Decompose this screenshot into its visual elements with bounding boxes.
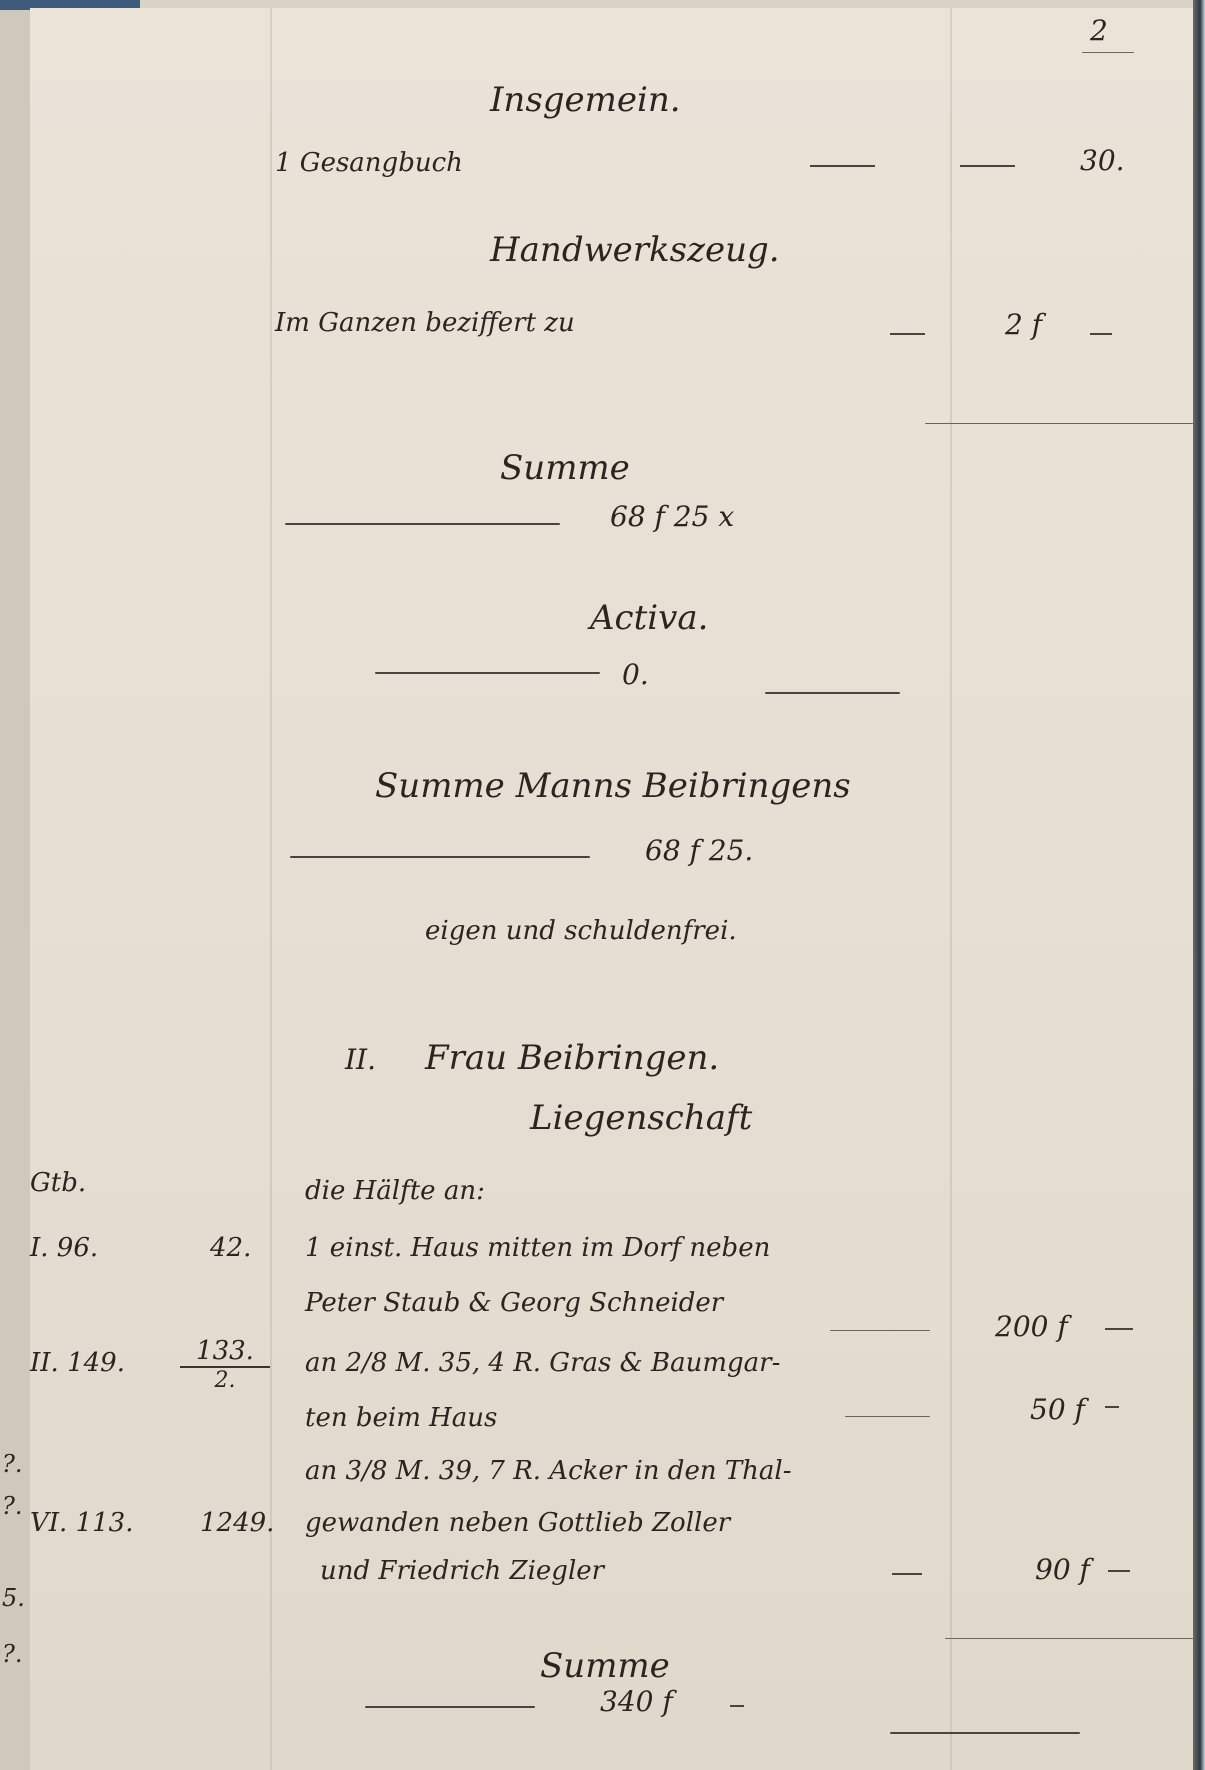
table-intro: die Hälfte an:: [305, 1176, 485, 1206]
leader-dash: [810, 165, 875, 167]
flourish-rule: [375, 672, 600, 674]
section-heading-handwerkszeug: Handwerkszeug.: [490, 230, 780, 270]
section-heading-insgemein: Insgemein.: [490, 80, 681, 120]
row-ref: II. 149.: [30, 1348, 125, 1378]
margin-fragment: ?.: [2, 1492, 23, 1520]
margin-fragment: 5.: [2, 1584, 25, 1612]
summe-manns-note: eigen und schuldenfrei.: [425, 916, 737, 946]
flourish-rule: [285, 523, 560, 525]
fraction-numerator: 133.: [180, 1336, 270, 1368]
item-label-handwerkszeug: Im Ganzen beziffert zu: [275, 308, 575, 338]
row-line: Peter Staub & Georg Schneider: [305, 1288, 723, 1318]
margin-fragment: ?.: [2, 1640, 23, 1668]
row-line: 1 einst. Haus mitten im Dorf neben: [305, 1233, 770, 1263]
row-parcel: 42.: [210, 1233, 251, 1263]
flourish-rule: [290, 856, 590, 858]
summe-manns-value: 68 f 25.: [645, 834, 753, 867]
row-line: ten beim Haus: [305, 1403, 497, 1433]
trailing-dash: [1090, 333, 1112, 335]
margin-fragment: ?.: [2, 1450, 23, 1478]
row-ref: VI. 113.: [30, 1508, 133, 1538]
summe-label: Summe: [500, 448, 630, 488]
subheading-liegenschaft: Liegenschaft: [530, 1098, 752, 1138]
flourish-rule: [765, 692, 900, 694]
item-label-gesangbuch: 1 Gesangbuch: [275, 148, 463, 178]
row-line: an 3/8 M. 39, 7 R. Acker in den Thal-: [305, 1456, 792, 1486]
row-ref: I. 96.: [30, 1233, 98, 1263]
underlying-page-edge: ?. ?. 5. ?.: [0, 0, 31, 1770]
fold-line: [270, 8, 272, 1770]
item-value-gesangbuch: 30.: [1080, 144, 1125, 177]
trailing-dash: [1105, 1328, 1133, 1330]
document-page: 2 Insgemein. 1 Gesangbuch 30. Handwerksz…: [30, 8, 1193, 1770]
row-amount: 50 f: [1030, 1393, 1085, 1426]
flourish-rule: [365, 1706, 535, 1708]
page-number: 2: [1090, 14, 1108, 47]
section-heading-frau: Frau Beibringen.: [425, 1038, 719, 1078]
leader-dash: [890, 333, 925, 335]
leader-rule: [830, 1330, 930, 1331]
activa-value: 0.: [622, 658, 649, 691]
total-label: Summe: [540, 1646, 670, 1686]
row-line: an 2/8 M. 35, 4 R. Gras & Baumgar-: [305, 1348, 780, 1378]
leader-dash: [892, 1573, 922, 1575]
leader-rule: [845, 1416, 930, 1417]
trailing-dash: [730, 1705, 744, 1707]
row-parcel-fraction: 133. 2.: [180, 1336, 270, 1393]
row-amount: 200 f: [995, 1310, 1068, 1343]
trailing-dash: [1105, 1406, 1119, 1408]
fold-line: [950, 8, 952, 1770]
summe-manns-label: Summe Manns Beibringens: [375, 766, 851, 806]
row-amount: 90 f: [1035, 1553, 1090, 1586]
leader-dash: [960, 165, 1015, 167]
row-line: gewanden neben Gottlieb Zoller: [305, 1508, 730, 1538]
item-value-handwerkszeug: 2 f: [1005, 308, 1042, 341]
book-cover-right: [1193, 0, 1205, 1770]
row-line: und Friedrich Ziegler: [320, 1556, 604, 1586]
trailing-dash: [1108, 1570, 1130, 1572]
sum-rule: [945, 1638, 1193, 1639]
row-parcel: 1249.: [200, 1508, 274, 1538]
total-value: 340 f: [600, 1685, 673, 1718]
sum-rule: [925, 423, 1193, 424]
section-heading-activa: Activa.: [590, 598, 708, 638]
column-header-gtb: Gtb.: [30, 1168, 86, 1198]
summe-value: 68 f 25 x: [610, 500, 734, 533]
fraction-denominator: 2.: [180, 1368, 270, 1393]
section-number: II.: [345, 1043, 376, 1076]
flourish-rule: [890, 1732, 1080, 1734]
page-number-underline: [1082, 52, 1134, 53]
